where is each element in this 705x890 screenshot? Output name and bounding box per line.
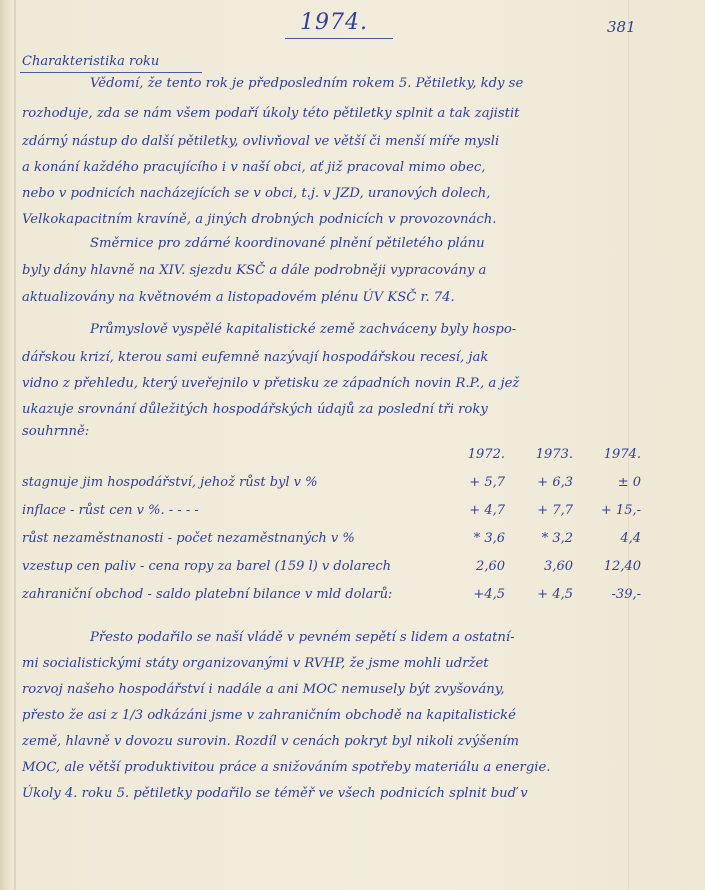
row-value: * 3,2 bbox=[505, 518, 573, 546]
paragraph-3-line: ukazuje srovnání důležitých hospodářskýc… bbox=[22, 402, 488, 417]
row-value: + 15,- bbox=[573, 490, 641, 518]
paragraph-4-line: Úkoly 4. roku 5. pětiletky podařilo se t… bbox=[22, 786, 528, 801]
year-title: 1974. bbox=[300, 10, 368, 35]
table-header-1973: 1973. bbox=[505, 440, 573, 462]
table-row: vzestup cen paliv - cena ropy za barel (… bbox=[22, 546, 641, 574]
table-row: stagnuje jim hospodářství, jehož růst by… bbox=[22, 462, 641, 490]
paragraph-1-line: zdárný nástup do další pětiletky, ovlivň… bbox=[22, 134, 499, 149]
row-label: vzestup cen paliv - cena ropy za barel (… bbox=[22, 546, 437, 574]
paragraph-4-line: země, hlavně v dovozu surovin. Rozdíl v … bbox=[22, 734, 519, 749]
row-value: + 7,7 bbox=[505, 490, 573, 518]
paragraph-4-line: přesto že asi z 1/3 odkázáni jsme v zahr… bbox=[22, 708, 516, 723]
table-header-row: 1972. 1973. 1974. bbox=[22, 440, 641, 462]
heading-underline bbox=[20, 72, 202, 73]
paragraph-2-line: Směrnice pro zdárné koordinované plnění … bbox=[90, 236, 485, 251]
row-value: 4,4 bbox=[573, 518, 641, 546]
paragraph-1-line: rozhoduje, zda se nám všem podaří úkoly … bbox=[22, 106, 519, 121]
paragraph-4-line: rozvoj našeho hospodářství i nadále a an… bbox=[22, 682, 505, 697]
row-label: stagnuje jim hospodářství, jehož růst by… bbox=[22, 462, 437, 490]
row-value: * 3,6 bbox=[437, 518, 505, 546]
paragraph-2-line: byly dány hlavně na XIV. sjezdu KSČ a dá… bbox=[22, 263, 486, 278]
row-label: zahraniční obchod - saldo platební bilan… bbox=[22, 574, 437, 602]
paragraph-3-line: dářskou krizí, kterou sami eufemně nazýv… bbox=[22, 350, 488, 365]
row-label: inflace - růst cen v %. - - - - bbox=[22, 490, 437, 518]
row-value: + 4,7 bbox=[437, 490, 505, 518]
table-header-label bbox=[22, 440, 437, 462]
paragraph-3-line: Průmyslově vyspělé kapitalistické země z… bbox=[90, 322, 516, 337]
paragraph-4-line: mi socialistickými státy organizovanými … bbox=[22, 656, 489, 671]
table-row: růst nezaměstnanosti - počet nezaměstnan… bbox=[22, 518, 641, 546]
paragraph-3-line: souhrnně: bbox=[22, 424, 89, 439]
section-heading: Charakteristika roku bbox=[22, 54, 159, 69]
row-value: 2,60 bbox=[437, 546, 505, 574]
paragraph-4-line: MOC, ale větší produktivitou práce a sni… bbox=[22, 760, 551, 775]
row-value: + 5,7 bbox=[437, 462, 505, 490]
economic-stats-table: 1972. 1973. 1974. stagnuje jim hospodářs… bbox=[22, 440, 641, 602]
row-value: 12,40 bbox=[573, 546, 641, 574]
row-value: -39,- bbox=[573, 574, 641, 602]
paragraph-4-line: Přesto podařilo se naší vládě v pevném s… bbox=[90, 630, 515, 645]
row-label: růst nezaměstnanosti - počet nezaměstnan… bbox=[22, 518, 437, 546]
year-underline bbox=[285, 38, 393, 39]
paragraph-1-line: Velkokapacitním kravíně, a jiných drobný… bbox=[22, 212, 496, 227]
row-value: +4,5 bbox=[437, 574, 505, 602]
row-value: + 4,5 bbox=[505, 574, 573, 602]
row-value: ± 0 bbox=[573, 462, 641, 490]
paragraph-1-line: nebo v podnicích nacházejících se v obci… bbox=[22, 186, 490, 201]
left-margin-line bbox=[14, 0, 16, 890]
page-number: 381 bbox=[607, 18, 636, 36]
paragraph-1-line: Vědomí, že tento rok je předposledním ro… bbox=[90, 76, 523, 91]
row-value: 3,60 bbox=[505, 546, 573, 574]
table-header-1972: 1972. bbox=[437, 440, 505, 462]
table-row: zahraniční obchod - saldo platební bilan… bbox=[22, 574, 641, 602]
manuscript-page: 1974. 381 Charakteristika roku Vědomí, ž… bbox=[0, 0, 705, 890]
paragraph-3-line: vidno z přehledu, který uveřejnilo v pře… bbox=[22, 376, 519, 391]
paragraph-2-line: aktualizovány na květnovém a listopadové… bbox=[22, 290, 455, 305]
paragraph-1-line: a konání každého pracujícího i v naší ob… bbox=[22, 160, 485, 175]
table-header-1974: 1974. bbox=[573, 440, 641, 462]
row-value: + 6,3 bbox=[505, 462, 573, 490]
table-row: inflace - růst cen v %. - - - - + 4,7 + … bbox=[22, 490, 641, 518]
